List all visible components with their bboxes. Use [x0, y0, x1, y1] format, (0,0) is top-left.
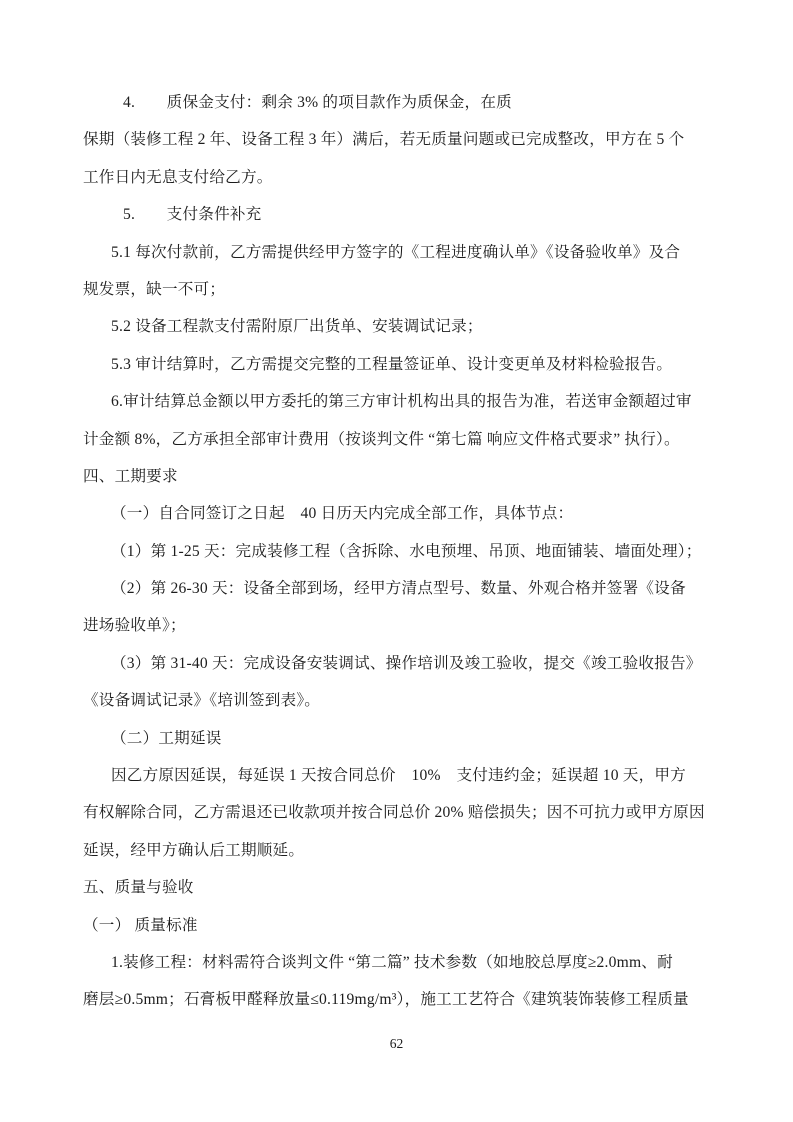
text-line: 四、工期要求 — [83, 458, 723, 495]
text-line: 4. 质保金支付：剩余 3% 的项目款作为质保金，在质 — [83, 84, 723, 121]
text-line: 5. 支付条件补充 — [83, 196, 723, 233]
text-line: 6.审计结算总金额以甲方委托的第三方审计机构出具的报告为准，若送审金额超过审 — [83, 383, 723, 420]
text-line: 保期（装修工程 2 年、设备工程 3 年）满后，若无质量问题或已完成整改，甲方在… — [83, 121, 723, 158]
text-line: 有权解除合同，乙方需退还已收款项并按合同总价 20% 赔偿损失；因不可抗力或甲方… — [83, 794, 723, 831]
text-line: （1）第 1-25 天：完成装修工程（含拆除、水电预埋、吊顶、地面铺装、墙面处理… — [83, 533, 723, 570]
text-line: 《设备调试记录》《培训签到表》。 — [83, 682, 723, 719]
text-line: 磨层≥0.5mm；石膏板甲醛释放量≤0.119mg/m³），施工工艺符合《建筑装… — [83, 981, 723, 1018]
document-page: 4. 质保金支付：剩余 3% 的项目款作为质保金，在质保期（装修工程 2 年、设… — [0, 0, 793, 1122]
text-line: 1.装修工程：材料需符合谈判文件 “第二篇” 技术参数（如地胶总厚度≥2.0mm… — [83, 944, 723, 981]
text-line: 工作日内无息支付给乙方。 — [83, 159, 723, 196]
page-number: 62 — [0, 1036, 793, 1052]
document-body: 4. 质保金支付：剩余 3% 的项目款作为质保金，在质保期（装修工程 2 年、设… — [83, 84, 723, 1019]
text-line: 进场验收单》； — [83, 607, 723, 644]
text-line: （二）工期延误 — [83, 720, 723, 757]
text-line: 因乙方原因延误，每延误 1 天按合同总价 10% 支付违约金；延误超 10 天，… — [83, 757, 723, 794]
text-line: （2）第 26-30 天：设备全部到场，经甲方清点型号、数量、外观合格并签署《设… — [83, 570, 723, 607]
text-line: 5.3 审计结算时，乙方需提交完整的工程量签证单、设计变更单及材料检验报告。 — [83, 346, 723, 383]
text-line: （一）自合同签订之日起 40 日历天内完成全部工作，具体节点： — [83, 495, 723, 532]
text-line: 延误，经甲方确认后工期顺延。 — [83, 832, 723, 869]
text-line: （一） 质量标准 — [83, 907, 723, 944]
text-line: 计金额 8%，乙方承担全部审计费用（按谈判文件 “第七篇 响应文件格式要求” 执… — [83, 421, 723, 458]
text-line: 规发票，缺一不可； — [83, 271, 723, 308]
text-line: （3）第 31-40 天：完成设备安装调试、操作培训及竣工验收，提交《竣工验收报… — [83, 645, 723, 682]
text-line: 5.2 设备工程款支付需附原厂出货单、安装调试记录； — [83, 308, 723, 345]
text-line: 五、质量与验收 — [83, 869, 723, 906]
text-line: 5.1 每次付款前，乙方需提供经甲方签字的《工程进度确认单》《设备验收单》及合 — [83, 234, 723, 271]
